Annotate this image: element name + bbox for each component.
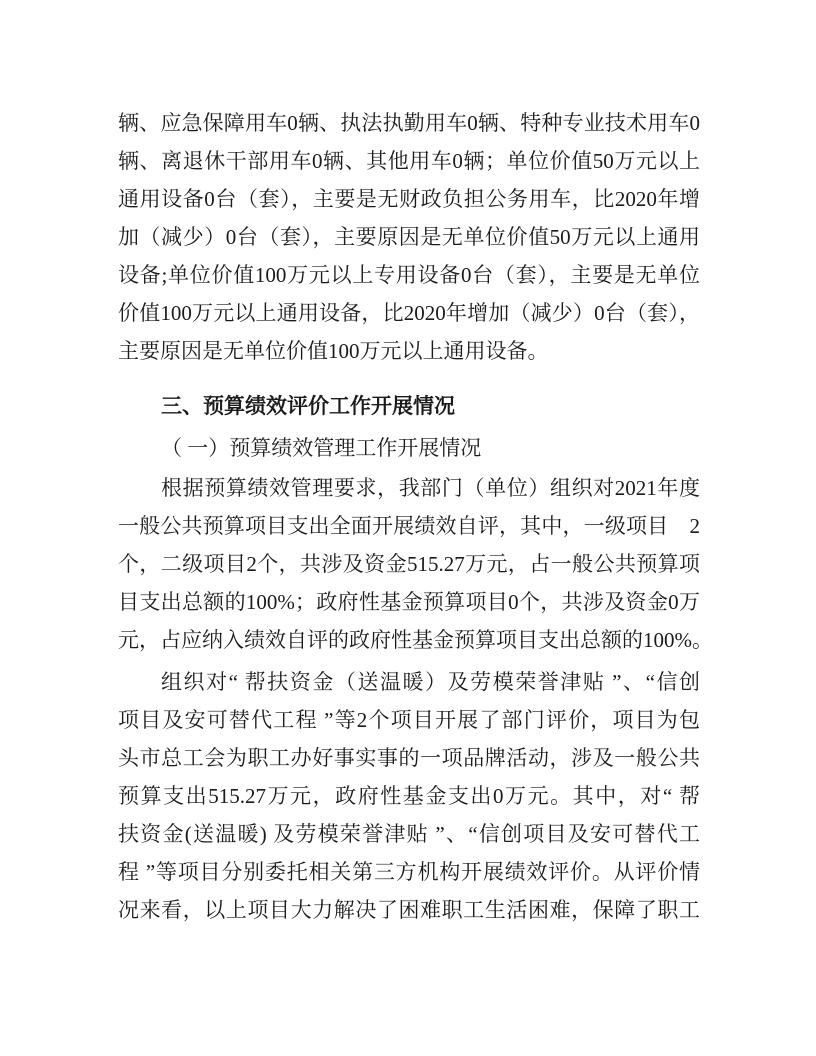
text-line: 组织对“ 帮扶资金（送温暖）及劳模荣誉津贴 ”、“信创 bbox=[118, 663, 700, 701]
section-heading: 三、预算绩效评价工作开展情况 bbox=[118, 387, 700, 425]
text-line: 扶资金(送温暖) 及劳模荣誉津贴 ”、“信创项目及安可替代工 bbox=[118, 815, 700, 853]
text-line: 价值100万元以上通用设备，比2020年增加（减少）0台（套）， bbox=[118, 294, 700, 332]
text-line: 设备;单位价值100万元以上专用设备0台（套），主要是无单位 bbox=[118, 256, 700, 294]
text-line: 加（减少）0台（套），主要原因是无单位价值50万元以上通用 bbox=[118, 218, 700, 256]
text-line: 辆、应急保障用车0辆、执法执勤用车0辆、特种专业技术用车0 bbox=[118, 104, 700, 142]
text-line: 通用设备0台（套），主要是无财政负担公务用车，比2020年增 bbox=[118, 180, 700, 218]
text-line: 项目及安可替代工程 ”等2个项目开展了部门评价，项目为包 bbox=[118, 701, 700, 739]
page-text: 辆、应急保障用车0辆、执法执勤用车0辆、特种专业技术用车0 辆、离退休干部用车0… bbox=[118, 104, 700, 929]
text-line: 辆、离退休干部用车0辆、其他用车0辆；单位价值50万元以上 bbox=[118, 142, 700, 180]
text-line: 头市总工会为职工办好事实事的一项品牌活动，涉及一般公共 bbox=[118, 739, 700, 777]
text-line: 程 ”等项目分别委托相关第三方机构开展绩效评价。从评价情 bbox=[118, 853, 700, 891]
text-line: 元，占应纳入绩效自评的政府性基金预算项目支出总额的100%。 bbox=[118, 621, 700, 659]
text-line: 况来看，以上项目大力解决了困难职工生活困难，保障了职工 bbox=[118, 891, 700, 929]
document-page: 辆、应急保障用车0辆、执法执勤用车0辆、特种专业技术用车0 辆、离退休干部用车0… bbox=[0, 0, 816, 1056]
text-line: 主要原因是无单位价值100万元以上通用设备。 bbox=[118, 332, 700, 370]
text-line: 预算支出515.27万元，政府性基金支出0万元。其中，对“ 帮 bbox=[118, 777, 700, 815]
text-line: 目支出总额的100%；政府性基金预算项目0个，共涉及资金0万 bbox=[118, 583, 700, 621]
subsection-heading: （ 一）预算绩效管理工作开展情况 bbox=[118, 429, 700, 467]
text-line: 根据预算绩效管理要求，我部门（单位）组织对2021年度 bbox=[118, 469, 700, 507]
text-line: 一般公共预算项目支出全面开展绩效自评，其中，一级项目 2 bbox=[118, 507, 700, 545]
text-line: 个，二级项目2个，共涉及资金515.27万元，占一般公共预算项 bbox=[118, 545, 700, 583]
